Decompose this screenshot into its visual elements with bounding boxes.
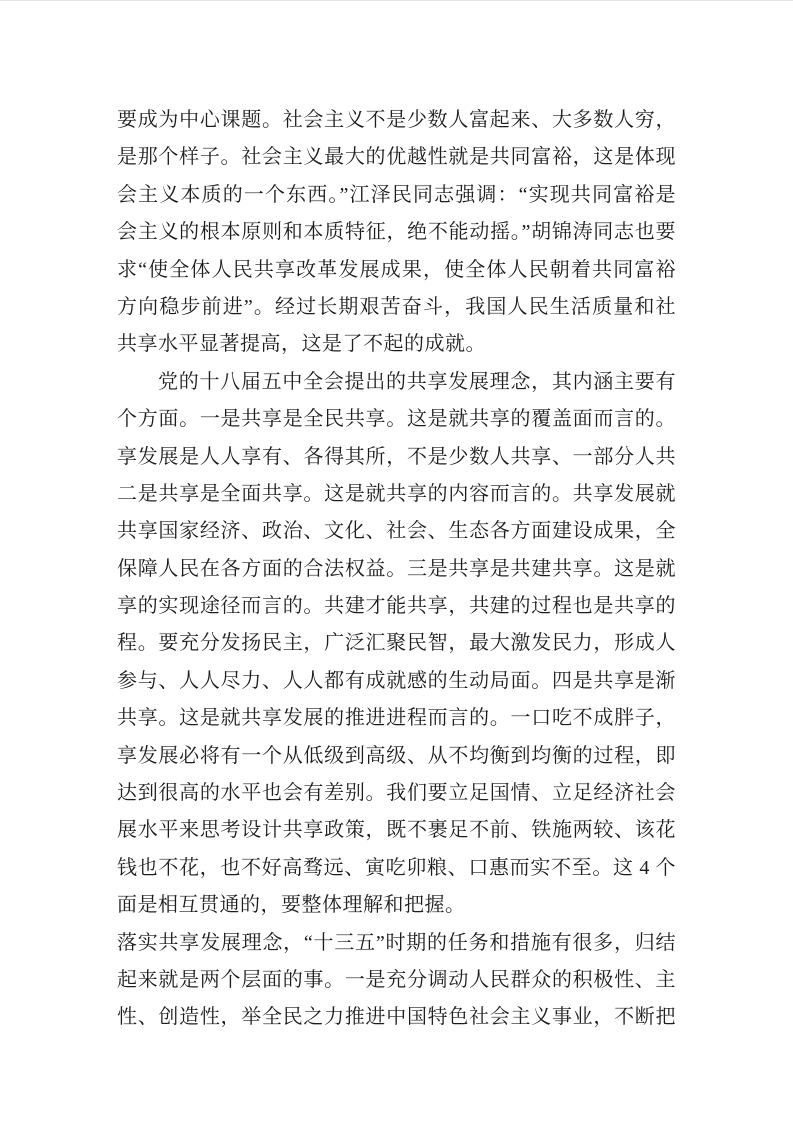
text-line: 钱也不花，也不好高骛远、寅吃卯粮、口惠而实不至。这 4 个方 xyxy=(117,850,676,887)
text-line: 参与、人人尽力、人人都有成就感的生动局面。四是共享是渐进 xyxy=(117,663,676,700)
text-line: 会主义本质的一个东西。”江泽民同志强调：“实现共同富裕是社 xyxy=(117,177,676,214)
text-line: 面是相互贯通的，要整体理解和把握。 xyxy=(117,887,676,924)
text-line: 享发展是人人享有、各得其所，不是少数人共享、一部分人共享。 xyxy=(117,439,676,476)
text-line: 共享。这是就共享发展的推进进程而言的。一口吃不成胖子，共 xyxy=(117,700,676,737)
text-line: 起来就是两个层面的事。一是充分调动人民群众的积极性、主动 xyxy=(117,962,676,999)
paragraph: 落实共享发展理念，“十三五”时期的任务和措施有很多，归结 起来就是两个层面的事。… xyxy=(117,925,676,1037)
text-line: 享发展必将有一个从低级到高级、从不均衡到均衡的过程，即使 xyxy=(117,738,676,775)
text-line: 落实共享发展理念，“十三五”时期的任务和措施有很多，归结 xyxy=(117,925,676,962)
text-line: 二是共享是全面共享。这是就共享的内容而言的。共享发展就要 xyxy=(117,476,676,513)
text-line: 求“使全体人民共享改革发展成果，使全体人民朝着共同富裕的 xyxy=(117,252,676,289)
text-line: 党的十八届五中全会提出的共享发展理念，其内涵主要有 4 xyxy=(117,364,676,401)
text-line: 共享国家经济、政治、文化、社会、生态各方面建设成果，全面 xyxy=(117,513,676,550)
document-page: 要成为中心课题。社会主义不是少数人富起来、大多数人穷，不 是那个样子。社会主义最… xyxy=(0,0,793,1122)
text-line: 要成为中心课题。社会主义不是少数人富起来、大多数人穷，不 xyxy=(117,102,676,139)
text-line: 达到很高的水平也会有差别。我们要立足国情、立足经济社会发 xyxy=(117,775,676,812)
text-line: 程。要充分发扬民主，广泛汇聚民智，最大激发民力，形成人人 xyxy=(117,625,676,662)
text-line: 是那个样子。社会主义最大的优越性就是共同富裕，这是体现社 xyxy=(117,139,676,176)
text-line: 享的实现途径而言的。共建才能共享，共建的过程也是共享的过 xyxy=(117,588,676,625)
text-line: 共享水平显著提高，这是了不起的成就。 xyxy=(117,326,676,363)
text-line: 保障人民在各方面的合法权益。三是共享是共建共享。这是就共 xyxy=(117,551,676,588)
text-line: 性、创造性，举全民之力推进中国特色社会主义事业，不断把“蛋 xyxy=(117,999,676,1036)
text-line: 个方面。一是共享是全民共享。这是就共享的覆盖面而言的。共 xyxy=(117,401,676,438)
text-line: 会主义的根本原则和本质特征，绝不能动摇。”胡锦涛同志也要 xyxy=(117,214,676,251)
text-line: 方向稳步前进”。经过长期艰苦奋斗，我国人民生活质量和社会 xyxy=(117,289,676,326)
text-line: 展水平来思考设计共享政策，既不裹足不前、铁施两较、该花的 xyxy=(117,812,676,849)
text-block: 要成为中心课题。社会主义不是少数人富起来、大多数人穷，不 是那个样子。社会主义最… xyxy=(117,102,676,1037)
paragraph: 党的十八届五中全会提出的共享发展理念，其内涵主要有 4 个方面。一是共享是全民共… xyxy=(117,364,676,925)
paragraph: 要成为中心课题。社会主义不是少数人富起来、大多数人穷，不 是那个样子。社会主义最… xyxy=(117,102,676,364)
